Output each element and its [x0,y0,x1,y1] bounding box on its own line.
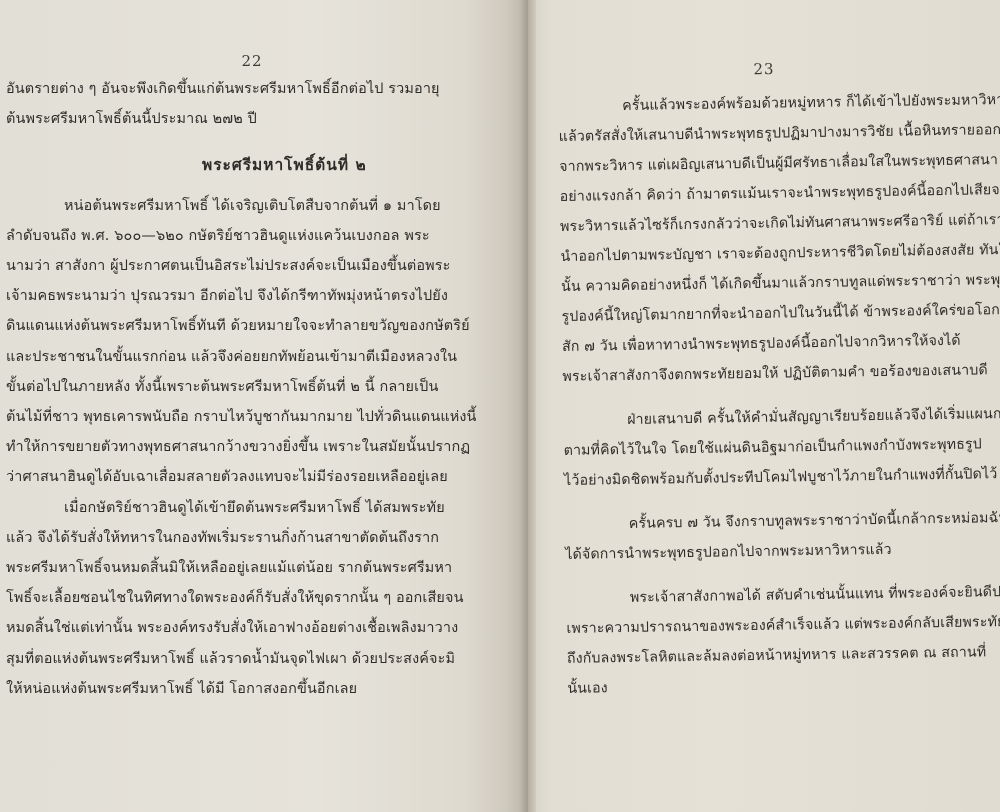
text-line: ว่าศาสนาฮินดูได้อับเฉาเสื่อมสลายตัวลงแทบ… [6,462,528,492]
right-page: 23 ครั้นแล้วพระองค์พร้อมด้วยหมู่ทหาร ก็ไ… [528,0,1000,812]
text-line: เจ้ามคธพระนามว่า ปุรณวรมา อีกต่อไป จึงได… [6,281,528,311]
book-spread: 22 อันตรายต่าง ๆ อันจะพึงเกิดขึ้นแก่ต้นพ… [0,0,1000,812]
text-line: ดินแดนแห่งต้นพระศรีมหาโพธิ์ทันที ด้วยหมา… [6,311,528,341]
paragraph: หน่อต้นพระศรีมหาโพธิ์ ได้เจริญเติบโตสืบจ… [6,191,528,493]
paragraph: ครั้นครบ ๗ วัน จึงกราบทูลพระราชาว่าบัดนี… [565,503,1000,570]
text-line: และประชาชนในขั้นแรกก่อน แล้วจึงค่อยยกทัพ… [6,342,528,372]
page-number-left: 22 [6,52,528,70]
text-line: ให้หน่อแห่งต้นพระศรีมหาโพธิ์ ได้มี โอกาส… [6,674,528,704]
text-line: ลำดับจนถึง พ.ศ. ๖๐๐—๖๒๐ กษัตริย์ชาวฮินดู… [6,221,528,251]
text-line: อันตรายต่าง ๆ อันจะพึงเกิดขึ้นแก่ต้นพระศ… [6,74,528,104]
text-line: พระศรีมหาโพธิ์จนหมดสิ้นมิให้เหลืออยู่เลย… [6,553,528,583]
text-line: โพธิ์จะเลื้อยซอนไชในทิศทางใดพระองค์ก็รับ… [6,583,528,613]
page-number-right: 23 [558,58,1000,81]
left-page: 22 อันตรายต่าง ๆ อันจะพึงเกิดขึ้นแก่ต้นพ… [0,0,528,812]
paragraph: ฝ่ายเสนาบดี ครั้นให้คำมั่นสัญญาเรียบร้อย… [563,399,1000,496]
text-line: หน่อต้นพระศรีมหาโพธิ์ ได้เจริญเติบโตสืบจ… [6,191,528,221]
paragraph: พระเจ้าสาสังกาพอได้ สดับคำเช่นนั้นแทน ที… [566,577,1000,704]
text-line: นามว่า สาสังกา ผู้ประกาศตนเป็นอิสระไม่ปร… [6,251,528,281]
left-page-body: อันตรายต่าง ๆ อันจะพึงเกิดขึ้นแก่ต้นพระศ… [6,74,528,704]
text-line: ต้นพระศรีมหาโพธิ์ต้นนี้ประมาณ ๒๗๒ ปี [6,104,528,134]
text-line: ทำให้การขยายตัวทางพุทธศาสนากว้างขวางยิ่ง… [6,432,528,462]
paragraph: ครั้นแล้วพระองค์พร้อมด้วยหมู่ทหาร ก็ได้เ… [558,85,1000,392]
section-heading: พระศรีมหาโพธิ์ต้นที่ ๒ [6,150,528,180]
text-line: เมื่อกษัตริย์ชาวฮินดูได้เข้ายึดต้นพระศรี… [6,493,528,523]
paragraph: เมื่อกษัตริย์ชาวฮินดูได้เข้ายึดต้นพระศรี… [6,493,528,704]
text-line: แล้ว จึงได้รับสั่งให้ทหารในกองทัพเริ่มระ… [6,523,528,553]
right-page-body: ครั้นแล้วพระองค์พร้อมด้วยหมู่ทหาร ก็ได้เ… [558,85,1000,704]
text-line: สุมที่ตอแห่งต้นพระศรีมหาโพธิ์ แล้วราดน้ำ… [6,644,528,674]
text-line: ขั้นต่อไปในภายหลัง ทั้งนี้เพราะต้นพระศรี… [6,372,528,402]
text-line: ต้นไม้ที่ชาว พุทธเคารพนับถือ กราบไหว้บูช… [6,402,528,432]
text-line: หมดสิ้นใช่แต่เท่านั้น พระองค์ทรงรับสั่งใ… [6,613,528,643]
